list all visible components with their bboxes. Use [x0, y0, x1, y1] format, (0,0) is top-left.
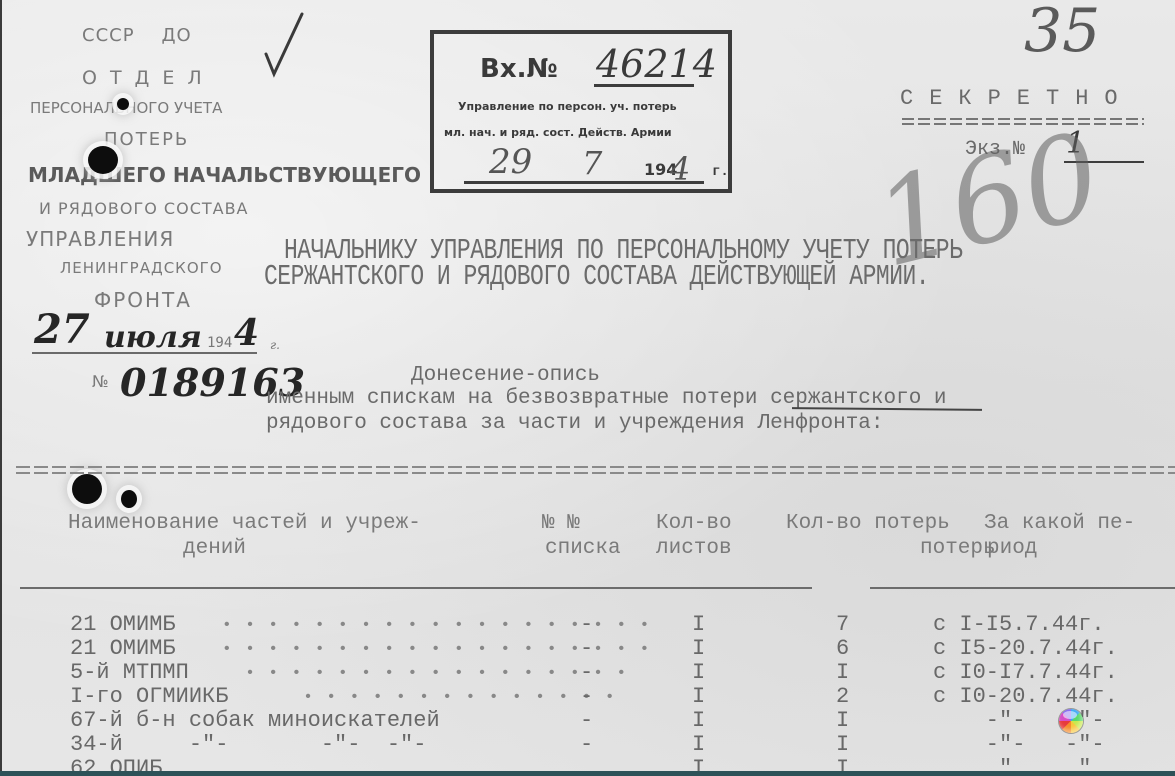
sheet-count: I: [692, 756, 705, 771]
stamp-line-8: ЛЕНИНГРАДСКОГО: [60, 259, 223, 277]
list-number: -: [580, 684, 593, 709]
period: " ": [933, 756, 1091, 771]
sheet-count: I: [692, 636, 705, 661]
pencil-underline: [792, 407, 982, 411]
addressee-line-2: СЕРЖАНТСКОГО И РЯДОВОГО СОСТАВА ДЕЙСТВУЮ…: [264, 260, 929, 293]
unit-name: 21 ОМИМБ: [70, 612, 176, 637]
period: с I0-I7.7.44г.: [933, 660, 1118, 685]
stamp-line-2: ОТДЕЛ: [82, 67, 215, 89]
intro-line-2: рядового состава за части и учреждения Л…: [266, 412, 884, 435]
table-row: 62 ОПИБ I I " ": [2, 756, 1175, 771]
unit-name: I-го ОГМИИКБ: [70, 684, 228, 709]
stamp-line-9: ФРОНТА: [94, 288, 192, 312]
incoming-number-value: 46214: [596, 42, 717, 86]
table-header-rule: [20, 587, 812, 589]
unit-name: 21 ОМИМБ: [70, 636, 176, 661]
outgoing-date-underline: [32, 352, 257, 354]
sheet-count: I: [692, 708, 705, 733]
spinning-wait-cursor-icon: [1059, 709, 1083, 733]
unit-name: 67-й б-н собак миноискателей: [70, 708, 440, 733]
stamp-line-6: И РЯДОВОГО СОСТАВА: [39, 199, 249, 218]
loss-count: I: [836, 660, 849, 685]
header-unit-name-cont: дений: [183, 537, 246, 560]
list-number: -: [580, 660, 593, 685]
header-loss-count: Кол-во потерь: [786, 512, 950, 535]
sheet-count: I: [692, 684, 705, 709]
header-period: За какой пе-: [984, 512, 1135, 535]
incoming-registration-stamp: Вх.№ 46214 Управление по персон. уч. пот…: [430, 30, 732, 193]
intro-line-1: именным спискам на безвозвратные потери …: [266, 387, 947, 410]
loss-count: 2: [836, 684, 849, 709]
classification-label: СЕКРЕТНО: [900, 86, 1134, 111]
sheet-count: I: [692, 732, 705, 757]
incoming-date-suffix: г.: [712, 164, 729, 180]
outgoing-year-prefix: 194: [207, 335, 232, 351]
table-row: 5-й МТПМП • • • • • • • • • • • • • • • …: [2, 660, 1175, 684]
stamp-text-line-1: Управление по персон. уч. потерь: [458, 100, 677, 113]
stamp-line-5: МЛАДШЕГО НАЧАЛЬСТВУЮЩЕГО: [28, 163, 421, 187]
checkmark-icon: [264, 10, 304, 80]
stamp-line-4: ПОТЕРЬ: [104, 129, 189, 150]
period: с I5-20.7.44г.: [933, 636, 1118, 661]
stamp-line-1: СССР ДО: [82, 25, 192, 46]
header-list-number-cont: списка: [545, 537, 621, 560]
document-viewer: СССР ДО ОТДЕЛ ПЕРСОНАЛЬНОГО УЧЕТА ПОТЕРЬ…: [0, 0, 1175, 771]
outgoing-year-suffix: 4: [234, 312, 259, 354]
leader-dots: • • • • • • • • • • • • • •: [222, 688, 616, 706]
loss-count: 6: [836, 636, 849, 661]
period: -"- -"-: [933, 732, 1105, 757]
number-underline: [594, 84, 694, 87]
punch-hole: [88, 146, 118, 174]
loss-count: 7: [836, 612, 849, 637]
window-bottom-border: [0, 771, 1175, 776]
date-underline: [464, 181, 704, 184]
header-unit-name: Наименование частей и учреж-: [68, 512, 421, 535]
period: с I-I5.7.44г.: [933, 612, 1105, 637]
stamp-text-line-2: мл. нач. и ряд. сост. Действ. Армии: [444, 126, 672, 139]
table-row: 21 ОМИМБ • • • • • • • • • • • • • • • •…: [2, 612, 1175, 636]
incoming-number-label: Вх.№: [480, 54, 558, 84]
table-row: 21 ОМИМБ • • • • • • • • • • • • • • • •…: [2, 636, 1175, 660]
header-loss-count-cont: потерь: [920, 537, 996, 560]
document-title: Донесение-опись: [411, 364, 600, 387]
leader-dots: • • • • • • • • • • • • • • • • •: [222, 664, 628, 682]
punch-hole: [117, 98, 129, 110]
loss-count: I: [836, 708, 849, 733]
header-sheet-count: Кол-во: [656, 512, 732, 535]
header-list-number: № №: [542, 512, 580, 535]
page-number-handwritten: 35: [1024, 0, 1100, 66]
outgoing-number-label: №: [92, 372, 109, 391]
list-number: -: [580, 708, 593, 733]
unit-name: 34-й -"- -"- -"-: [70, 732, 426, 757]
list-number: -: [580, 732, 593, 757]
header-period-cont: риод: [987, 537, 1037, 560]
scanned-document-page: СССР ДО ОТДЕЛ ПЕРСОНАЛЬНОГО УЧЕТА ПОТЕРЬ…: [2, 0, 1175, 771]
stamp-line-7: УПРАВЛЕНИЯ: [26, 227, 174, 251]
table-top-double-rule: [16, 466, 1175, 474]
punch-hole: [121, 490, 137, 508]
list-number: -: [580, 636, 593, 661]
table-row: I-го ОГМИИКБ • • • • • • • • • • • • • •…: [2, 684, 1175, 708]
incoming-date-day: 29: [489, 142, 532, 182]
incoming-date-month: 7: [582, 144, 602, 182]
sheet-count: I: [692, 660, 705, 685]
table-row: 67-й б-н собак миноискателей - I I -"- -…: [2, 708, 1175, 732]
unit-name: 62 ОПИБ: [70, 756, 162, 771]
outgoing-date-month: июля: [104, 320, 202, 355]
table-row: 34-й -"- -"- -"- - I I -"- -"-: [2, 732, 1175, 756]
header-sheet-count-cont: листов: [656, 537, 732, 560]
loss-count: I: [836, 756, 849, 771]
sheet-count: I: [692, 612, 705, 637]
list-number: -: [580, 612, 593, 637]
period: с I0-20.7.44г.: [933, 684, 1118, 709]
punch-hole: [72, 474, 102, 504]
table-header-rule: [870, 587, 1175, 589]
unit-name: 5-й МТПМП: [70, 660, 189, 685]
loss-count: I: [836, 732, 849, 757]
outgoing-year-g: г.: [270, 338, 280, 352]
outgoing-date-day: 27: [34, 306, 90, 353]
